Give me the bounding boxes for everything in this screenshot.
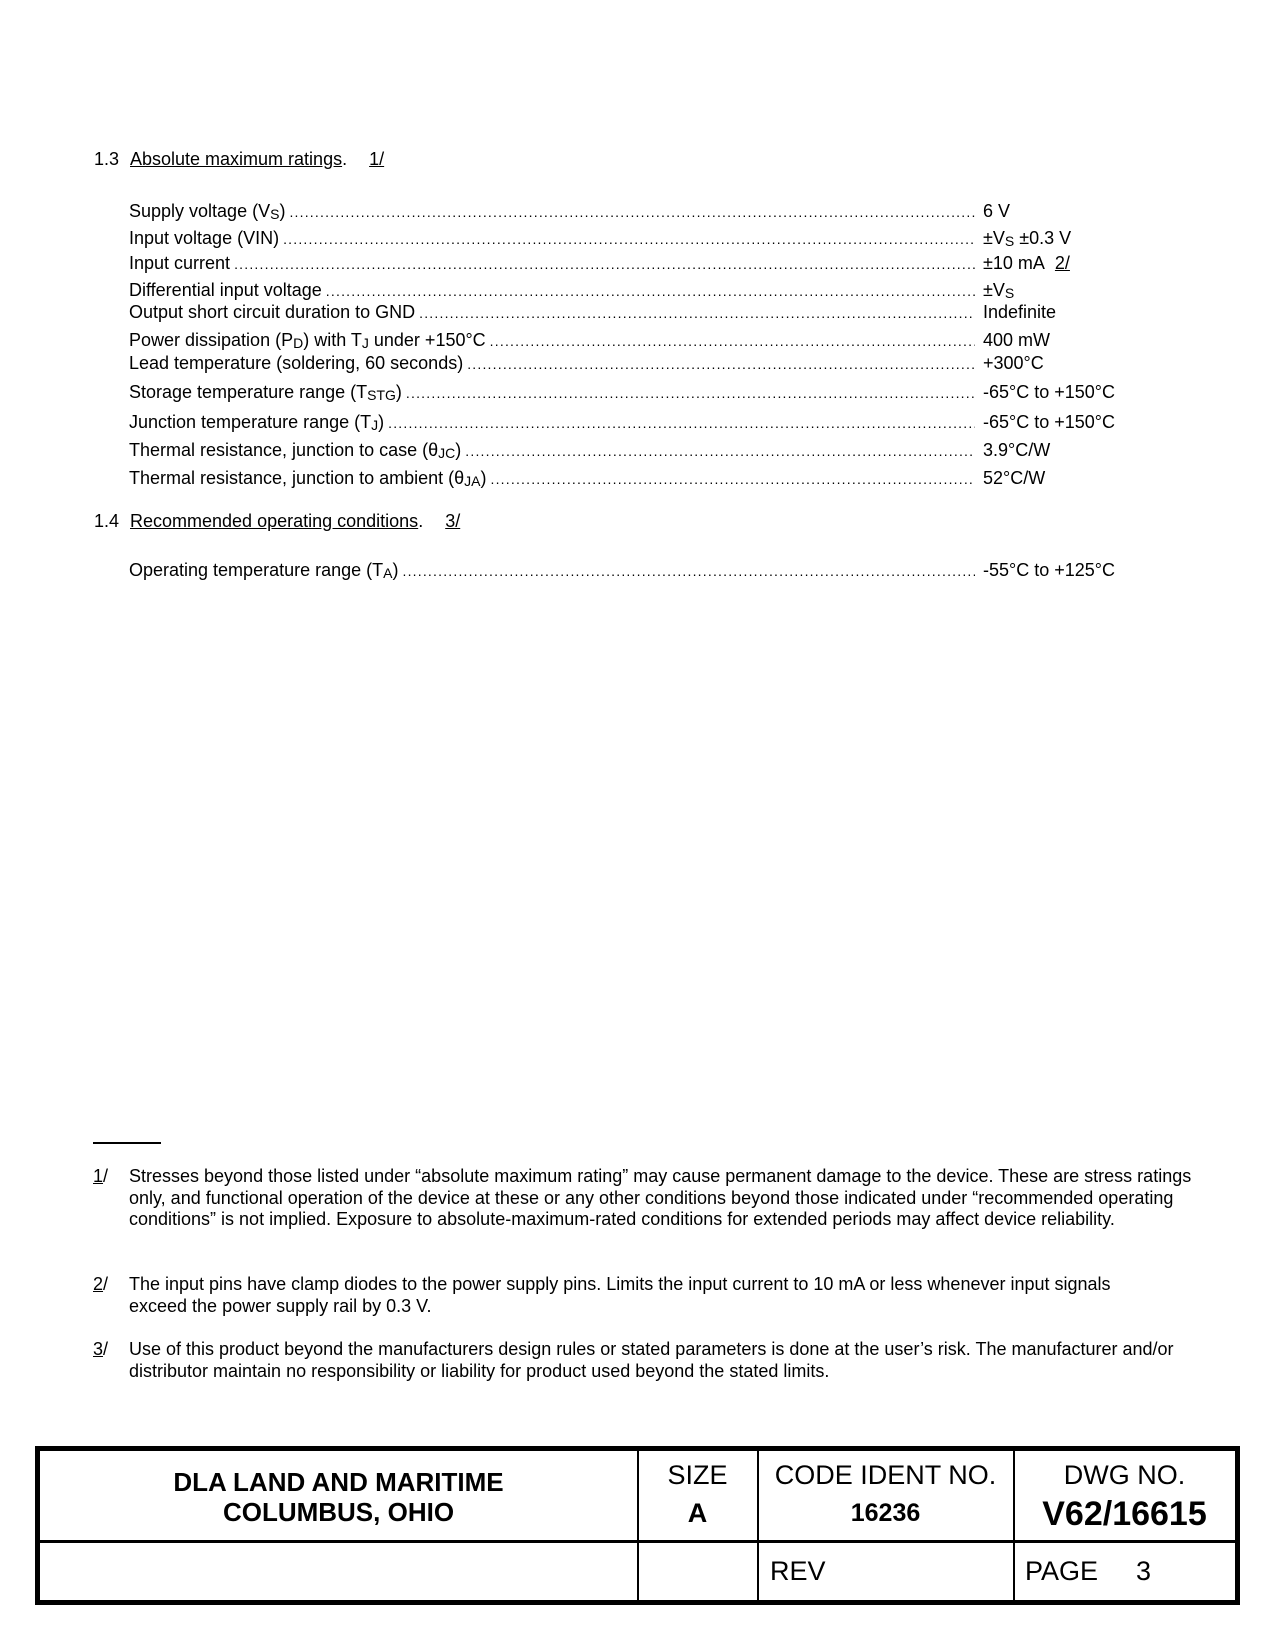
rating-label: Lead temperature (soldering, 60 seconds) (129, 352, 467, 374)
footnote-mark: 2/ (93, 1274, 108, 1296)
dot-leader (289, 201, 975, 223)
section-1-4-heading: 1.4Recommended operating conditions.3/ (94, 511, 460, 532)
rating-label: Junction temperature range (TJ) (129, 411, 388, 434)
dwg-label: DWG NO. (1014, 1459, 1235, 1491)
rating-row: Lead temperature (soldering, 60 seconds) (129, 352, 975, 374)
size-label: SIZE (638, 1459, 757, 1491)
dot-leader (467, 353, 975, 375)
footnote-number: 1 (93, 1166, 103, 1186)
rating-value: 400 mW (983, 329, 1050, 351)
dot-leader (490, 330, 975, 352)
rating-value: -55°C to +125°C (983, 559, 1115, 581)
rating-value: 3.9°C/W (983, 439, 1050, 461)
dot-leader (283, 228, 975, 250)
dot-leader (402, 560, 975, 582)
rating-value: 52°C/W (983, 467, 1045, 489)
footnote-text: The input pins have clamp diodes to the … (129, 1274, 1153, 1317)
note-ref-text: 1/ (369, 149, 384, 169)
org-location: COLUMBUS, OHIO (40, 1497, 637, 1527)
page-label: PAGE (1025, 1556, 1098, 1586)
rating-value: ±VS (983, 279, 1014, 301)
rating-row: Power dissipation (PD) with TJ under +15… (129, 329, 975, 351)
rating-value: 6 V (983, 200, 1010, 222)
rating-row: Junction temperature range (TJ) (129, 411, 975, 433)
section-number: 1.3 (94, 149, 130, 170)
footnote-number: 3 (93, 1339, 103, 1359)
footnote-mark: 1/ (93, 1166, 108, 1188)
rev-cell: REV (770, 1555, 826, 1587)
rating-row: Input current (129, 252, 975, 274)
footnote-number: 2 (93, 1274, 103, 1294)
code-ident-label: CODE IDENT NO. (758, 1459, 1013, 1491)
organization: DLA LAND AND MARITIME COLUMBUS, OHIO (40, 1467, 637, 1527)
title-period: . (342, 149, 347, 169)
code-ident-cell: CODE IDENT NO. 16236 (758, 1459, 1013, 1529)
section-title: Absolute maximum ratings (130, 149, 342, 169)
org-name: DLA LAND AND MARITIME (40, 1467, 637, 1497)
footnote-text: Use of this product beyond the manufactu… (129, 1339, 1203, 1382)
rating-label: Output short circuit duration to GND (129, 301, 419, 323)
footnote-2: 2/ The input pins have clamp diodes to t… (93, 1274, 1153, 1317)
rating-label: Input voltage (VIN) (129, 227, 283, 249)
section-number: 1.4 (94, 511, 130, 532)
rating-value: ±10 mA 2/ (983, 252, 1070, 274)
note-ref[interactable]: 2/ (1055, 253, 1070, 273)
rating-row: Operating temperature range (TA) (129, 559, 975, 581)
rating-label: Differential input voltage (129, 279, 326, 301)
page-cell: PAGE3 (1025, 1555, 1151, 1587)
page-number: 3 (1136, 1556, 1151, 1586)
rating-label: Operating temperature range (TA) (129, 559, 402, 582)
dwg-no-cell: DWG NO. V62/16615 (1014, 1459, 1235, 1533)
size-cell: SIZE A (638, 1459, 757, 1529)
rating-value: +300°C (983, 352, 1044, 374)
section-title: Recommended operating conditions (130, 511, 418, 531)
note-ref[interactable]: 1/ (369, 149, 384, 169)
rating-value: -65°C to +150°C (983, 381, 1115, 403)
code-ident-value: 16236 (758, 1497, 1013, 1529)
title-period: . (418, 511, 423, 531)
rating-label: Supply voltage (VS) (129, 200, 289, 223)
note-ref-text: 3/ (445, 511, 460, 531)
section-1-3-heading: 1.3Absolute maximum ratings.1/ (94, 149, 384, 170)
dwg-value: V62/16615 (1014, 1495, 1235, 1533)
rating-label: Power dissipation (PD) with TJ under +15… (129, 329, 490, 352)
rating-label: Thermal resistance, junction to ambient … (129, 467, 491, 490)
rating-label: Storage temperature range (TSTG) (129, 381, 406, 404)
rating-row: Output short circuit duration to GND (129, 301, 975, 323)
rating-value: -65°C to +150°C (983, 411, 1115, 433)
rating-row: Thermal resistance, junction to case (θJ… (129, 439, 975, 461)
dot-leader (406, 382, 975, 404)
footnote-text: Stresses beyond those listed under “abso… (129, 1166, 1203, 1231)
note-ref[interactable]: 3/ (445, 511, 460, 531)
dot-leader (234, 253, 975, 275)
footnote-1: 1/ Stresses beyond those listed under “a… (93, 1166, 1203, 1231)
dot-leader (465, 440, 975, 462)
dot-leader (388, 412, 975, 434)
rating-row: Storage temperature range (TSTG) (129, 381, 975, 403)
rating-row: Supply voltage (VS) (129, 200, 975, 222)
dot-leader (491, 468, 976, 490)
rev-label: REV (770, 1556, 826, 1586)
rating-row: Thermal resistance, junction to ambient … (129, 467, 975, 489)
rating-row: Input voltage (VIN) (129, 227, 975, 249)
footnote-3: 3/ Use of this product beyond the manufa… (93, 1339, 1203, 1382)
rating-label: Input current (129, 252, 234, 274)
dot-leader (326, 280, 975, 302)
rating-label: Thermal resistance, junction to case (θJ… (129, 439, 465, 462)
rating-row: Differential input voltage (129, 279, 975, 301)
dot-leader (419, 302, 975, 324)
rating-value: Indefinite (983, 301, 1056, 323)
rating-value: ±VS ±0.3 V (983, 227, 1071, 249)
footnote-separator (93, 1142, 161, 1144)
footnote-mark: 3/ (93, 1339, 108, 1361)
size-value: A (638, 1497, 757, 1529)
title-block: DLA LAND AND MARITIME COLUMBUS, OHIO SIZ… (35, 1446, 1240, 1605)
